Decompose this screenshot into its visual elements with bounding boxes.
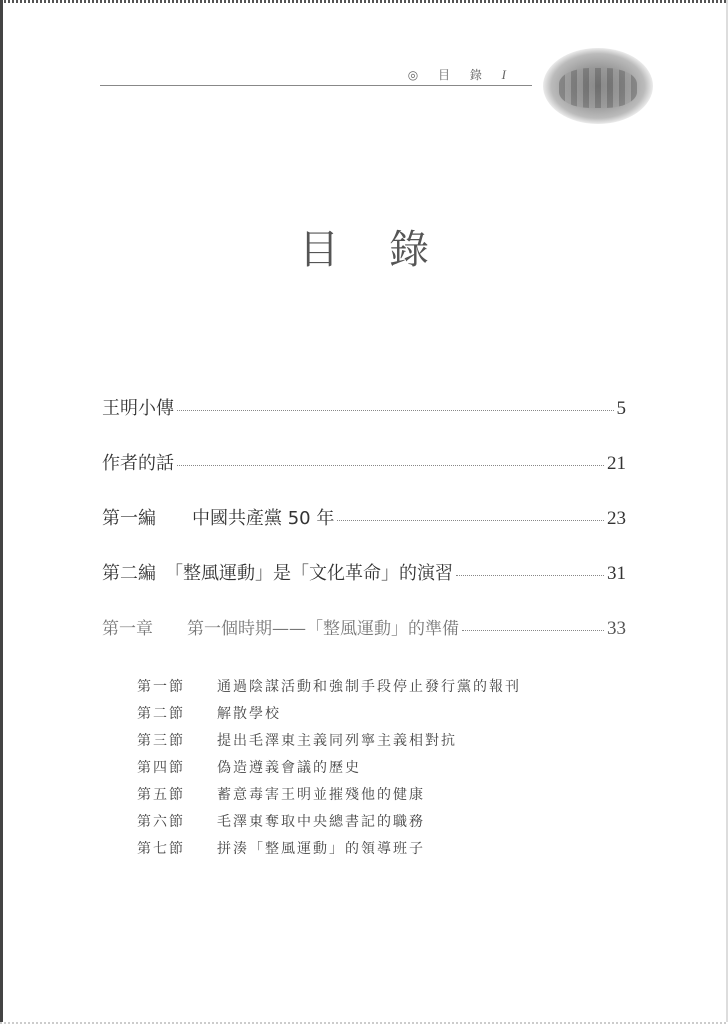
toc-section[interactable]: 第二節 解散學校 bbox=[137, 699, 521, 726]
header-rule bbox=[100, 85, 532, 86]
section-title: 毛澤東奪取中央總書記的職務 bbox=[217, 811, 425, 831]
toc-entry-label: 作者的話 bbox=[102, 449, 174, 475]
dot-leader bbox=[177, 410, 614, 411]
bullseye-icon: ◎ bbox=[408, 68, 426, 82]
toc-entry-page: 31 bbox=[607, 563, 626, 585]
toc-section[interactable]: 第四節 偽造遵義會議的歷史 bbox=[137, 753, 521, 780]
section-title: 提出毛澤東主義同列寧主義相對抗 bbox=[217, 730, 457, 750]
section-title: 蓄意毒害王明並摧殘他的健康 bbox=[217, 784, 425, 804]
section-title: 解散學校 bbox=[217, 703, 281, 723]
toc-section[interactable]: 第一節 通過陰謀活動和強制手段停止發行黨的報刊 bbox=[137, 672, 521, 699]
toc-entry[interactable]: 第一編 中國共產黨 50 年 23 bbox=[102, 504, 626, 530]
toc-section[interactable]: 第五節 蓄意毒害王明並摧殘他的健康 bbox=[137, 780, 521, 807]
toc-entry[interactable]: 作者的話 21 bbox=[102, 449, 626, 475]
toc-chapter-label: 第一章 第一個時期——「整風運動」的準備 bbox=[102, 614, 459, 639]
toc-entry-label: 第二編 「整風運動」是「文化革命」的演習 bbox=[102, 559, 453, 585]
toc-section[interactable]: 第六節 毛澤東奪取中央總書記的職務 bbox=[137, 807, 521, 834]
toc-entry-label: 王明小傳 bbox=[102, 394, 174, 420]
section-number: 第五節 bbox=[137, 784, 217, 804]
toc-section[interactable]: 第三節 提出毛澤東主義同列寧主義相對抗 bbox=[137, 726, 521, 753]
toc-entry-page: 23 bbox=[607, 508, 626, 530]
toc-chapter[interactable]: 第一章 第一個時期——「整風運動」的準備 33 bbox=[102, 614, 626, 640]
page-border bbox=[0, 0, 3, 1024]
toc-entry-page: 21 bbox=[607, 453, 626, 475]
toc-entry[interactable]: 第二編 「整風運動」是「文化革命」的演習 31 bbox=[102, 559, 626, 585]
page-border bbox=[0, 0, 728, 3]
header-section: 目 錄 bbox=[438, 68, 490, 82]
toc-entry-label: 第一編 中國共產黨 50 年 bbox=[102, 504, 334, 530]
toc-section[interactable]: 第七節 拼湊「整風運動」的領導班子 bbox=[137, 834, 521, 861]
section-number: 第二節 bbox=[137, 703, 217, 723]
group-photo-figures bbox=[559, 68, 637, 108]
dot-leader bbox=[177, 465, 604, 466]
dot-leader bbox=[456, 575, 604, 576]
header-page-number: I bbox=[502, 67, 514, 82]
section-title: 偽造遵義會議的歷史 bbox=[217, 757, 361, 777]
toc-entry-page: 5 bbox=[617, 398, 627, 420]
section-number: 第三節 bbox=[137, 730, 217, 750]
toc-chapter-page: 33 bbox=[607, 618, 626, 640]
section-number: 第一節 bbox=[137, 676, 217, 696]
vignette-photo bbox=[543, 48, 653, 124]
toc-entry[interactable]: 王明小傳 5 bbox=[102, 394, 626, 420]
running-header: ◎ 目 錄 I bbox=[100, 64, 532, 86]
section-number: 第四節 bbox=[137, 757, 217, 777]
section-list: 第一節 通過陰謀活動和強制手段停止發行黨的報刊 第二節 解散學校 第三節 提出毛… bbox=[137, 672, 521, 861]
section-number: 第六節 bbox=[137, 811, 217, 831]
page-title: 目錄 bbox=[0, 218, 728, 275]
dot-leader bbox=[337, 520, 604, 521]
header-text: ◎ 目 錄 I bbox=[408, 66, 514, 83]
dot-leader bbox=[462, 630, 604, 631]
section-number: 第七節 bbox=[137, 838, 217, 858]
section-title: 通過陰謀活動和強制手段停止發行黨的報刊 bbox=[217, 676, 521, 696]
section-title: 拼湊「整風運動」的領導班子 bbox=[217, 838, 425, 858]
